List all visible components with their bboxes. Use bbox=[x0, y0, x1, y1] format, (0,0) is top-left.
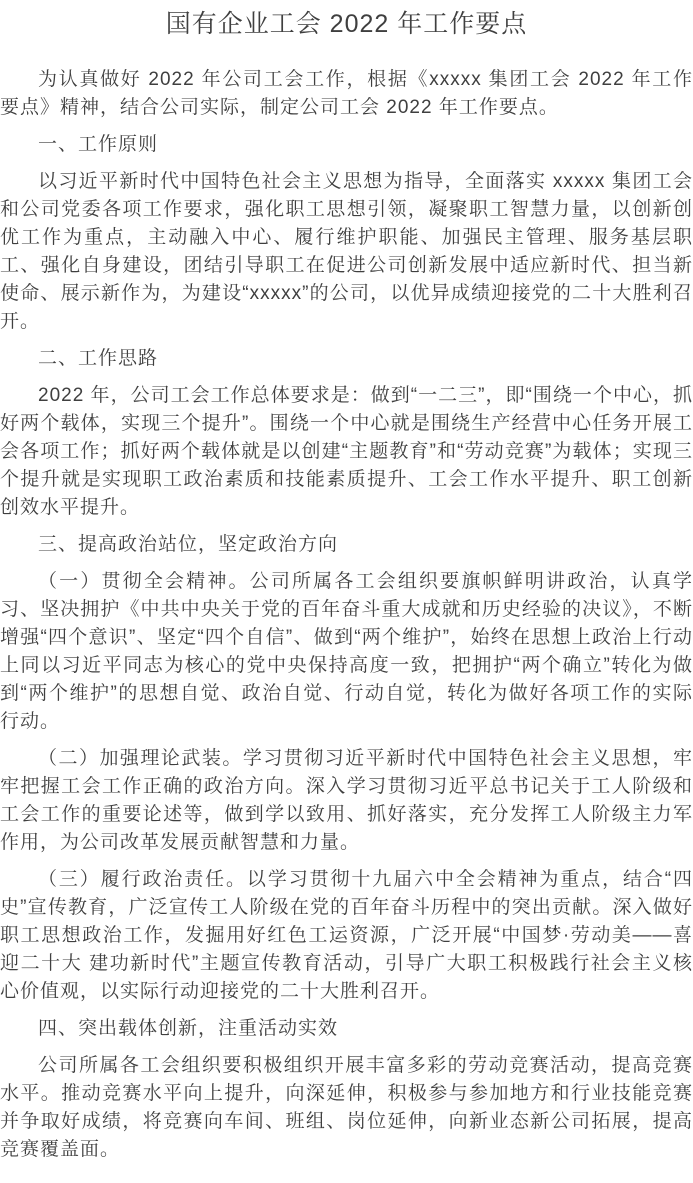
section-2-paragraph: 2022 年，公司工会工作总体要求是：做到“一二三”，即“围绕一个中心，抓好两个… bbox=[0, 382, 693, 522]
section-3-subitem-2-paragraph: （二）加强理论武装。学习贯彻习近平新时代中国特色社会主义思想，牢牢把握工会工作正… bbox=[0, 745, 693, 857]
intro-paragraph: 为认真做好 2022 年公司工会工作，根据《xxxxx 集团工会 2022 年工… bbox=[0, 66, 693, 122]
document-page: 国有企业工会 2022 年工作要点 为认真做好 2022 年公司工会工作，根据《… bbox=[0, 0, 693, 1183]
section-4-paragraph: 公司所属各工会组织要积极组织开展丰富多彩的劳动竞赛活动，提高竞赛水平。推动竞赛水… bbox=[0, 1052, 693, 1164]
document-title: 国有企业工会 2022 年工作要点 bbox=[0, 6, 693, 42]
section-heading-4-carrier-innovation: 四、突出载体创新，注重活动实效 bbox=[0, 1015, 693, 1043]
section-1-paragraph: 以习近平新时代中国特色社会主义思想为指导，全面落实 xxxxx 集团工会和公司党… bbox=[0, 168, 693, 336]
section-heading-1-work-principles: 一、工作原则 bbox=[0, 131, 693, 159]
section-3-subitem-3-paragraph: （三）履行政治责任。以学习贯彻十九届六中全会精神为重点，结合“四史”宣传教育，广… bbox=[0, 866, 693, 1006]
section-heading-2-work-approach: 二、工作思路 bbox=[0, 345, 693, 373]
section-heading-3-political-position: 三、提高政治站位，坚定政治方向 bbox=[0, 531, 693, 559]
section-3-subitem-1-paragraph: （一）贯彻全会精神。公司所属各工会组织要旗帜鲜明讲政治，认真学习、坚决拥护《中共… bbox=[0, 568, 693, 736]
